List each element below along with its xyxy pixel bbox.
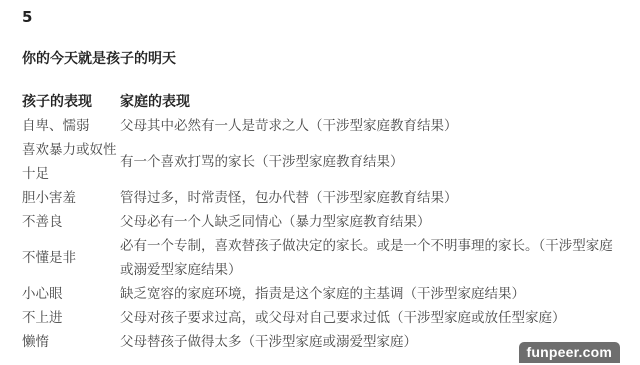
section-title: 你的今天就是孩子的明天 [22,48,176,68]
table-row: 不上进 父母对孩子要求过高，或父母对自己要求过低（干涉型家庭或放任型家庭） [22,306,622,330]
child-behavior-cell: 不善良 [22,210,120,234]
section-number: 5 [22,8,32,26]
child-behavior-cell: 自卑、懦弱 [22,114,120,138]
family-behavior-cell: 父母必有一个人缺乏同情心（暴力型家庭教育结果） [120,210,622,234]
table-row: 胆小害羞 管得过多，时常责怪，包办代替（干涉型家庭教育结果） [22,186,622,210]
family-behavior-cell: 缺乏宽容的家庭环境，指责是这个家庭的主基调（干涉型家庭结果） [120,282,622,306]
family-behavior-cell: 必有一个专制，喜欢替孩子做决定的家长。或是一个不明事理的家长。（干涉型家庭或溺爱… [120,234,622,282]
table-row: 不善良 父母必有一个人缺乏同情心（暴力型家庭教育结果） [22,210,622,234]
header-family-behavior: 家庭的表现 [120,90,622,114]
table-row: 小心眼 缺乏宽容的家庭环境，指责是这个家庭的主基调（干涉型家庭结果） [22,282,622,306]
family-behavior-cell: 父母其中必然有一人是苛求之人（干涉型家庭教育结果） [120,114,622,138]
table-row: 喜欢暴力或奴性十足 有一个喜欢打骂的家长（干涉型家庭教育结果） [22,138,622,186]
family-behavior-cell: 父母对孩子要求过高，或父母对自己要求过低（干涉型家庭或放任型家庭） [120,306,622,330]
family-behavior-cell: 有一个喜欢打骂的家长（干涉型家庭教育结果） [120,150,622,174]
table-row: 不懂是非 必有一个专制，喜欢替孩子做决定的家长。或是一个不明事理的家长。（干涉型… [22,234,622,282]
child-behavior-cell: 小心眼 [22,282,120,306]
watermark-badge: funpeer.com [519,342,620,363]
family-behavior-cell: 管得过多，时常责怪，包办代替（干涉型家庭教育结果） [120,186,622,210]
child-behavior-cell: 懒惰 [22,330,120,354]
header-child-behavior: 孩子的表现 [22,90,120,114]
child-behavior-cell: 不懂是非 [22,246,120,270]
comparison-table: 孩子的表现 家庭的表现 自卑、懦弱 父母其中必然有一人是苛求之人（干涉型家庭教育… [22,90,622,354]
table-header-row: 孩子的表现 家庭的表现 [22,90,622,114]
child-behavior-cell: 不上进 [22,306,120,330]
child-behavior-cell: 胆小害羞 [22,186,120,210]
table-row: 自卑、懦弱 父母其中必然有一人是苛求之人（干涉型家庭教育结果） [22,114,622,138]
child-behavior-cell: 喜欢暴力或奴性十足 [22,138,120,186]
